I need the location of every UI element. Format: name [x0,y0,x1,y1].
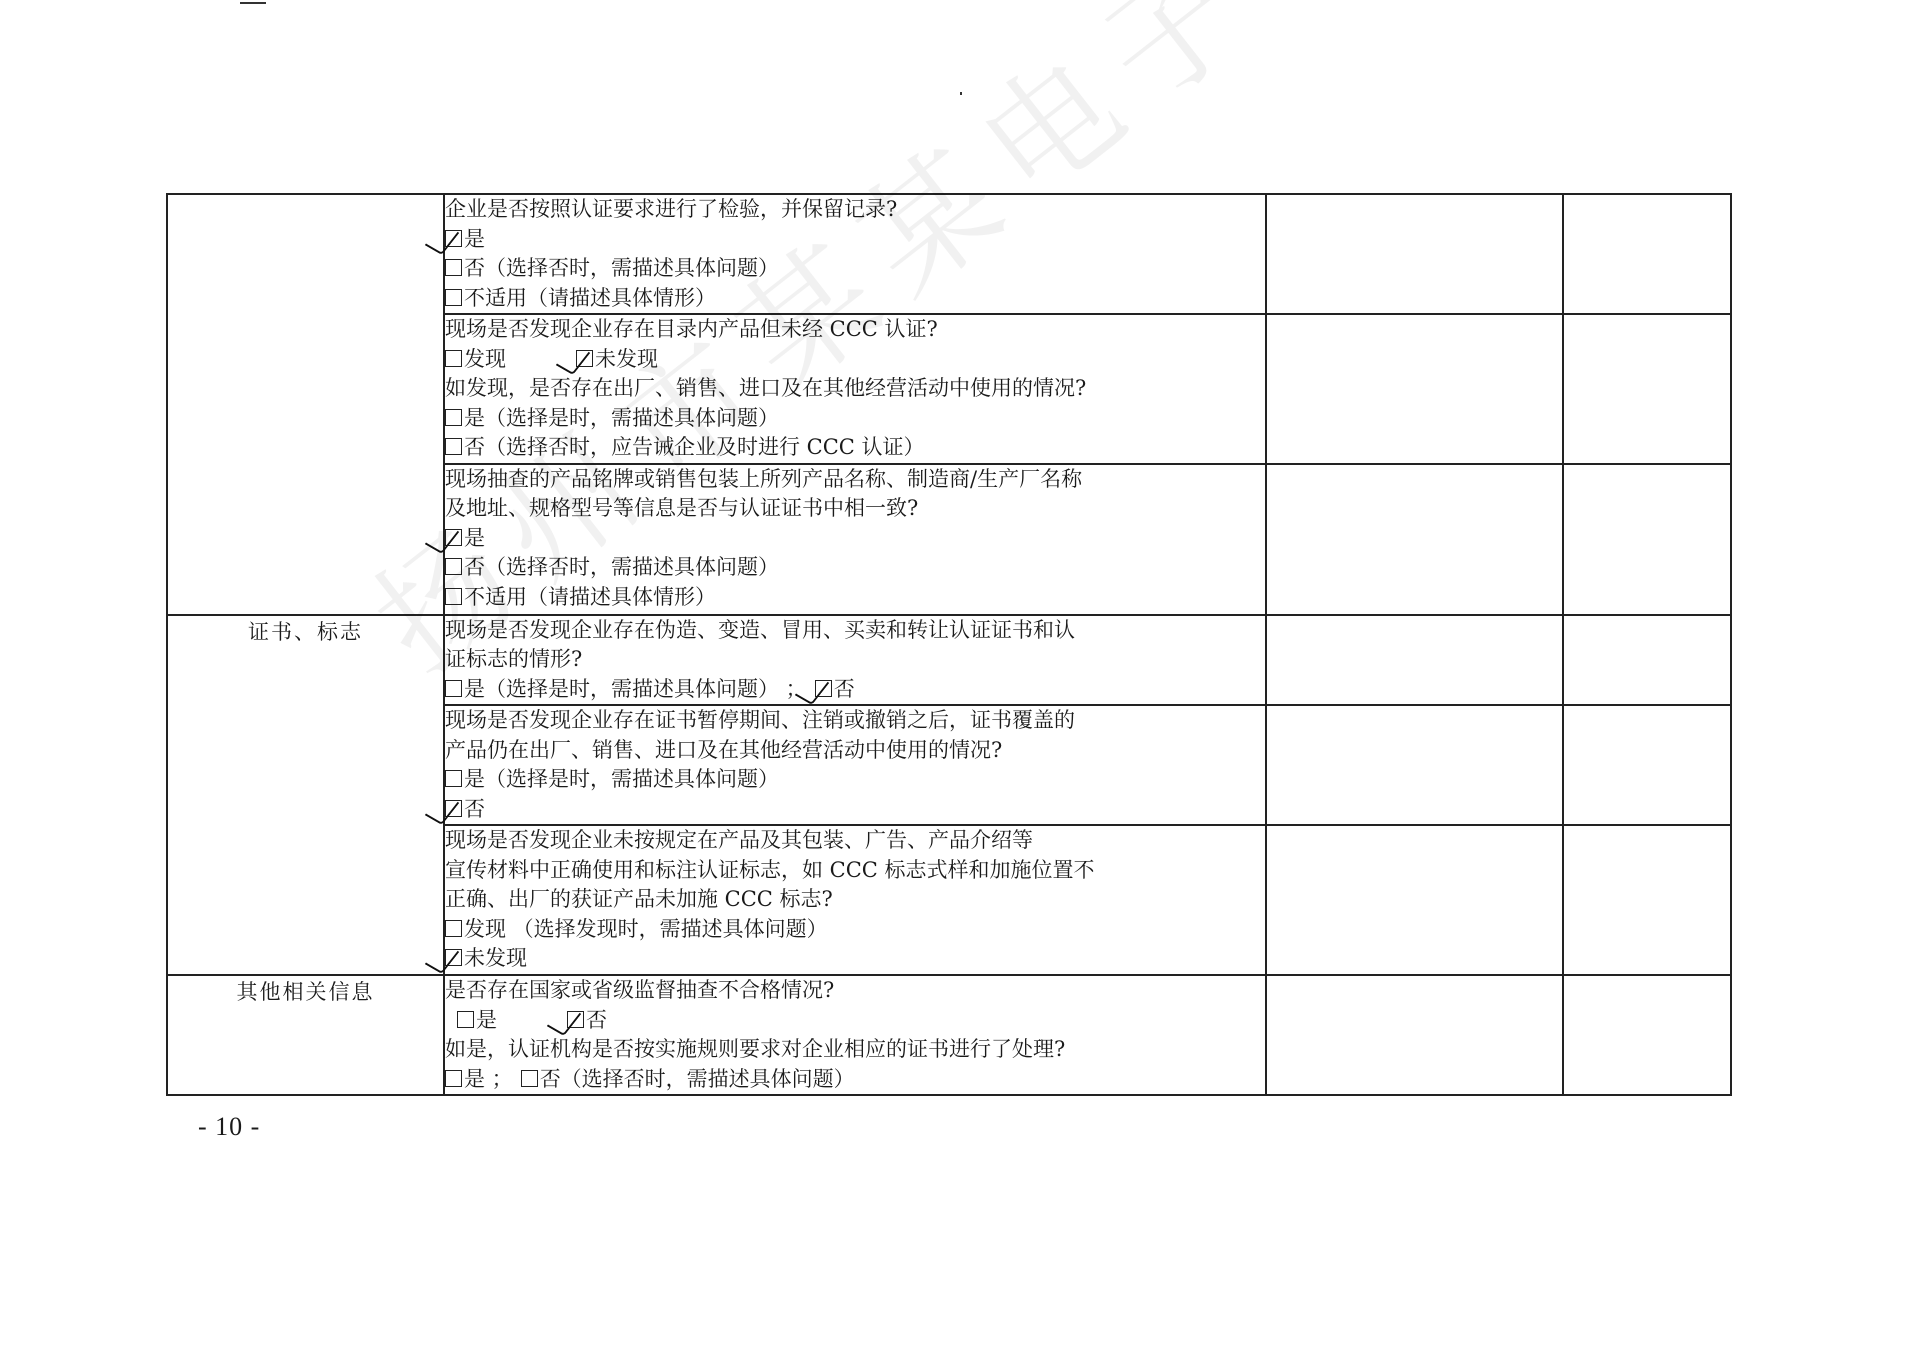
checkbox-option[interactable]: 否（选择否时，需描述具体问题） [445,553,779,583]
question-text: 及地址、规格型号等信息是否与认证证书中相一致? [445,494,1265,524]
option-label: 发现 [464,347,506,371]
option-line: 发现 （选择发现时，需描述具体问题） [445,915,1265,945]
table-row: 其他相关信息是否存在国家或省级监督抽查不合格情况?是否如是，认证机构是否按实施规… [167,975,1731,1095]
result-cell[interactable] [1266,194,1563,314]
option-line: 否（选择否时，应告诫企业及时进行 CCC 认证） [445,433,1265,463]
checkbox-option[interactable]: 未发现 [445,944,527,974]
question-cell: 现场抽查的产品铭牌或销售包装上所列产品名称、制造商/生产厂名称及地址、规格型号等… [444,464,1266,615]
page-number: - 10 - [198,1112,260,1142]
category-cell: 其他相关信息 [167,975,444,1095]
checkbox-option[interactable]: 否（选择否时，需描述具体问题） [521,1065,855,1095]
option-line: 否（选择否时，需描述具体问题） [445,254,1265,284]
remarks-cell[interactable] [1563,464,1731,615]
checkbox-icon[interactable] [445,588,462,605]
result-cell[interactable] [1266,615,1563,706]
remarks-cell[interactable] [1563,705,1731,825]
option-label: 是 [464,227,485,251]
scan-speck [960,92,962,95]
question-cell: 现场是否发现企业未按规定在产品及其包装、广告、产品介绍等宣传材料中正确使用和标注… [444,825,1266,975]
checkbox-icon[interactable] [457,1011,474,1028]
checkbox-icon[interactable] [445,680,462,697]
checkbox-icon[interactable] [445,289,462,306]
category-label: 证书、标志 [248,620,363,644]
remarks-cell[interactable] [1563,825,1731,975]
question-cell: 现场是否发现企业存在伪造、变造、冒用、买卖和转让认证证书和认证标志的情形?是（选… [444,615,1266,706]
option-line: 是 ；否（选择否时，需描述具体问题） [445,1065,1265,1095]
option-line: 是否 [445,1006,1265,1036]
question-text: 企业是否按照认证要求进行了检验，并保留记录? [445,195,1265,225]
option-label: 不适用（请描述具体情形） [464,286,716,310]
option-label: 不适用（请描述具体情形） [464,585,716,609]
separator: ； [485,1067,513,1091]
option-label: 是（选择是时，需描述具体问题） [464,677,779,701]
category-cell: 证书、标志 [167,615,444,976]
option-label: 否 [586,1008,607,1032]
question-text: 现场抽查的产品铭牌或销售包装上所列产品名称、制造商/生产厂名称 [445,465,1265,495]
question-text: 是否存在国家或省级监督抽查不合格情况? [445,976,1265,1006]
remarks-cell[interactable] [1563,975,1731,1095]
checked-checkbox-icon[interactable] [567,1011,584,1028]
option-label: 是 [464,1067,485,1091]
checkbox-icon[interactable] [445,1070,462,1087]
checkbox-option[interactable]: 是 [445,524,485,554]
option-line: 发现未发现 [445,345,1265,375]
checkbox-icon[interactable] [445,438,462,455]
option-label: 未发现 [595,347,658,371]
checkbox-option[interactable]: 是（选择是时，需描述具体问题） [445,404,779,434]
checkbox-option[interactable]: 否（选择否时，应告诫企业及时进行 CCC 认证） [445,433,925,463]
checkbox-icon[interactable] [445,350,462,367]
remarks-cell[interactable] [1563,615,1731,706]
checkbox-icon[interactable] [445,770,462,787]
inspection-checklist-table: 企业是否按照认证要求进行了检验，并保留记录?是否（选择否时，需描述具体问题）不适… [166,193,1732,1096]
option-label: 是 [464,526,485,550]
checkbox-option[interactable]: 不适用（请描述具体情形） [445,583,716,613]
option-label: 否 [834,677,855,701]
question-cell: 是否存在国家或省级监督抽查不合格情况?是否如是，认证机构是否按实施规则要求对企业… [444,975,1266,1095]
option-line: 是（选择是时，需描述具体问题） [445,765,1265,795]
checkbox-icon[interactable] [445,409,462,426]
checkbox-option[interactable]: 否 [445,795,485,825]
question-text: 宣传材料中正确使用和标注认证标志，如 CCC 标志式样和加施位置不 [445,856,1265,886]
checkbox-icon[interactable] [445,259,462,276]
checkbox-option[interactable]: 是 [445,225,485,255]
result-cell[interactable] [1266,975,1563,1095]
checkbox-option[interactable]: 是 [457,1006,497,1036]
question-cell: 企业是否按照认证要求进行了检验，并保留记录?是否（选择否时，需描述具体问题）不适… [444,194,1266,314]
option-line: 未发现 [445,944,1265,974]
table-row: 企业是否按照认证要求进行了检验，并保留记录?是否（选择否时，需描述具体问题）不适… [167,194,1731,314]
checked-checkbox-icon[interactable] [445,230,462,247]
option-label: 未发现 [464,946,527,970]
checkbox-icon[interactable] [445,920,462,937]
option-line: 否（选择否时，需描述具体问题） [445,553,1265,583]
checkbox-icon[interactable] [445,558,462,575]
checked-checkbox-icon[interactable] [445,800,462,817]
scan-speck [240,2,266,4]
remarks-cell[interactable] [1563,194,1731,314]
option-label: 发现 （选择发现时，需描述具体问题） [464,917,828,941]
option-label: 否（选择否时，应告诫企业及时进行 CCC 认证） [464,435,925,459]
question-text: 现场是否发现企业存在证书暂停期间、注销或撤销之后，证书覆盖的 [445,706,1265,736]
checkbox-option[interactable]: 发现 （选择发现时，需描述具体问题） [445,915,828,945]
result-cell[interactable] [1266,464,1563,615]
question-text: 现场是否发现企业未按规定在产品及其包装、广告、产品介绍等 [445,826,1265,856]
checkbox-option[interactable]: 是 [445,1065,485,1095]
option-line: 是（选择是时，需描述具体问题） [445,404,1265,434]
option-label: 是（选择是时，需描述具体问题） [464,406,779,430]
option-line: 是 [445,225,1265,255]
checkbox-icon[interactable] [521,1070,538,1087]
checkbox-option[interactable]: 不适用（请描述具体情形） [445,284,716,314]
question-text: 现场是否发现企业存在目录内产品但未经 CCC 认证? [445,315,1265,345]
question-text: 现场是否发现企业存在伪造、变造、冒用、买卖和转让认证证书和认 [445,616,1265,646]
option-line: 是 [445,524,1265,554]
question-cell: 现场是否发现企业存在目录内产品但未经 CCC 认证?发现未发现如发现，是否存在出… [444,314,1266,464]
checkbox-option[interactable]: 发现 [445,345,506,375]
option-label: 否 [464,797,485,821]
option-label: 否（选择否时，需描述具体问题） [464,256,779,280]
checkbox-option[interactable]: 否 [815,675,855,705]
option-line: 否 [445,795,1265,825]
document-page: 扬州市某某电子有限公司 企业是否按照认证要求进行了检验，并保留记录?是否（选择否… [0,0,1920,1357]
result-cell[interactable] [1266,705,1563,825]
checkbox-option[interactable]: 未发现 [576,345,658,375]
question-text: 证标志的情形? [445,645,1265,675]
remarks-cell[interactable] [1563,314,1731,464]
category-cell [167,194,444,615]
option-label: 否（选择否时，需描述具体问题） [464,555,779,579]
option-line: 是（选择是时，需描述具体问题） ；否 [445,675,1265,705]
option-line: 不适用（请描述具体情形） [445,284,1265,314]
follow-up-question: 如发现，是否存在出厂、销售、进口及在其他经营活动中使用的情况? [445,374,1265,404]
result-cell[interactable] [1266,314,1563,464]
option-line: 不适用（请描述具体情形） [445,583,1265,613]
option-label: 是（选择是时，需描述具体问题） [464,767,779,791]
question-text: 产品仍在出厂、销售、进口及在其他经营活动中使用的情况? [445,736,1265,766]
checkbox-option[interactable]: 否 [567,1006,607,1036]
option-label: 否（选择否时，需描述具体问题） [540,1067,855,1091]
question-cell: 现场是否发现企业存在证书暂停期间、注销或撤销之后，证书覆盖的产品仍在出厂、销售、… [444,705,1266,825]
checked-checkbox-icon[interactable] [445,949,462,966]
checked-checkbox-icon[interactable] [445,529,462,546]
checked-checkbox-icon[interactable] [576,350,593,367]
checkbox-option[interactable]: 否（选择否时，需描述具体问题） [445,254,779,284]
category-label: 其他相关信息 [237,980,375,1004]
table-row: 证书、标志现场是否发现企业存在伪造、变造、冒用、买卖和转让认证证书和认证标志的情… [167,615,1731,706]
follow-up-question: 如是，认证机构是否按实施规则要求对企业相应的证书进行了处理? [445,1035,1265,1065]
checkbox-option[interactable]: 是（选择是时，需描述具体问题） [445,675,779,705]
result-cell[interactable] [1266,825,1563,975]
checked-checkbox-icon[interactable] [815,680,832,697]
option-label: 是 [476,1008,497,1032]
checkbox-option[interactable]: 是（选择是时，需描述具体问题） [445,765,779,795]
question-text: 正确、出厂的获证产品未加施 CCC 标志? [445,885,1265,915]
